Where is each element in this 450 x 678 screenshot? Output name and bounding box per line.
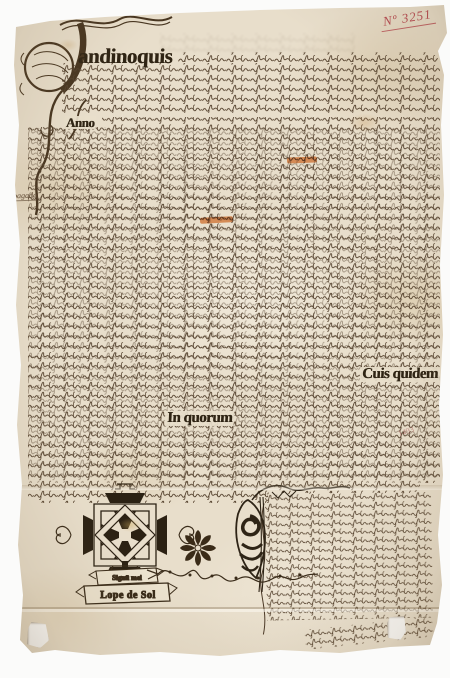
heading-word: andinoquis xyxy=(75,46,174,67)
parchment-sheet: Signū mei Lope de Sol xyxy=(10,5,448,660)
red-ink-spot xyxy=(402,649,407,653)
notary-subscription-lines xyxy=(259,490,433,635)
penwork-layer: Signū mei Lope de Sol xyxy=(10,5,448,660)
rosette-flourish xyxy=(180,530,216,566)
notary-subscription-tail xyxy=(304,616,433,649)
highlight-mark xyxy=(287,156,317,163)
display-word-in-quorum: In quorum xyxy=(165,411,235,426)
display-word-anno: Anno xyxy=(64,116,97,129)
photo-of-manuscript: { "photo": { "background_color": "#fbfbf… xyxy=(0,0,450,678)
ghost-showthrough xyxy=(160,33,355,55)
banner-bottom-text: Lope de Sol xyxy=(100,590,156,601)
banner-top-text: Signū mei xyxy=(112,574,142,582)
notarial-sign-banners: Signū mei Lope de Sol xyxy=(76,568,177,604)
display-word-cuius-quidem: Cuis quidem xyxy=(360,367,441,382)
margin-note-left: pagado xyxy=(13,191,37,202)
